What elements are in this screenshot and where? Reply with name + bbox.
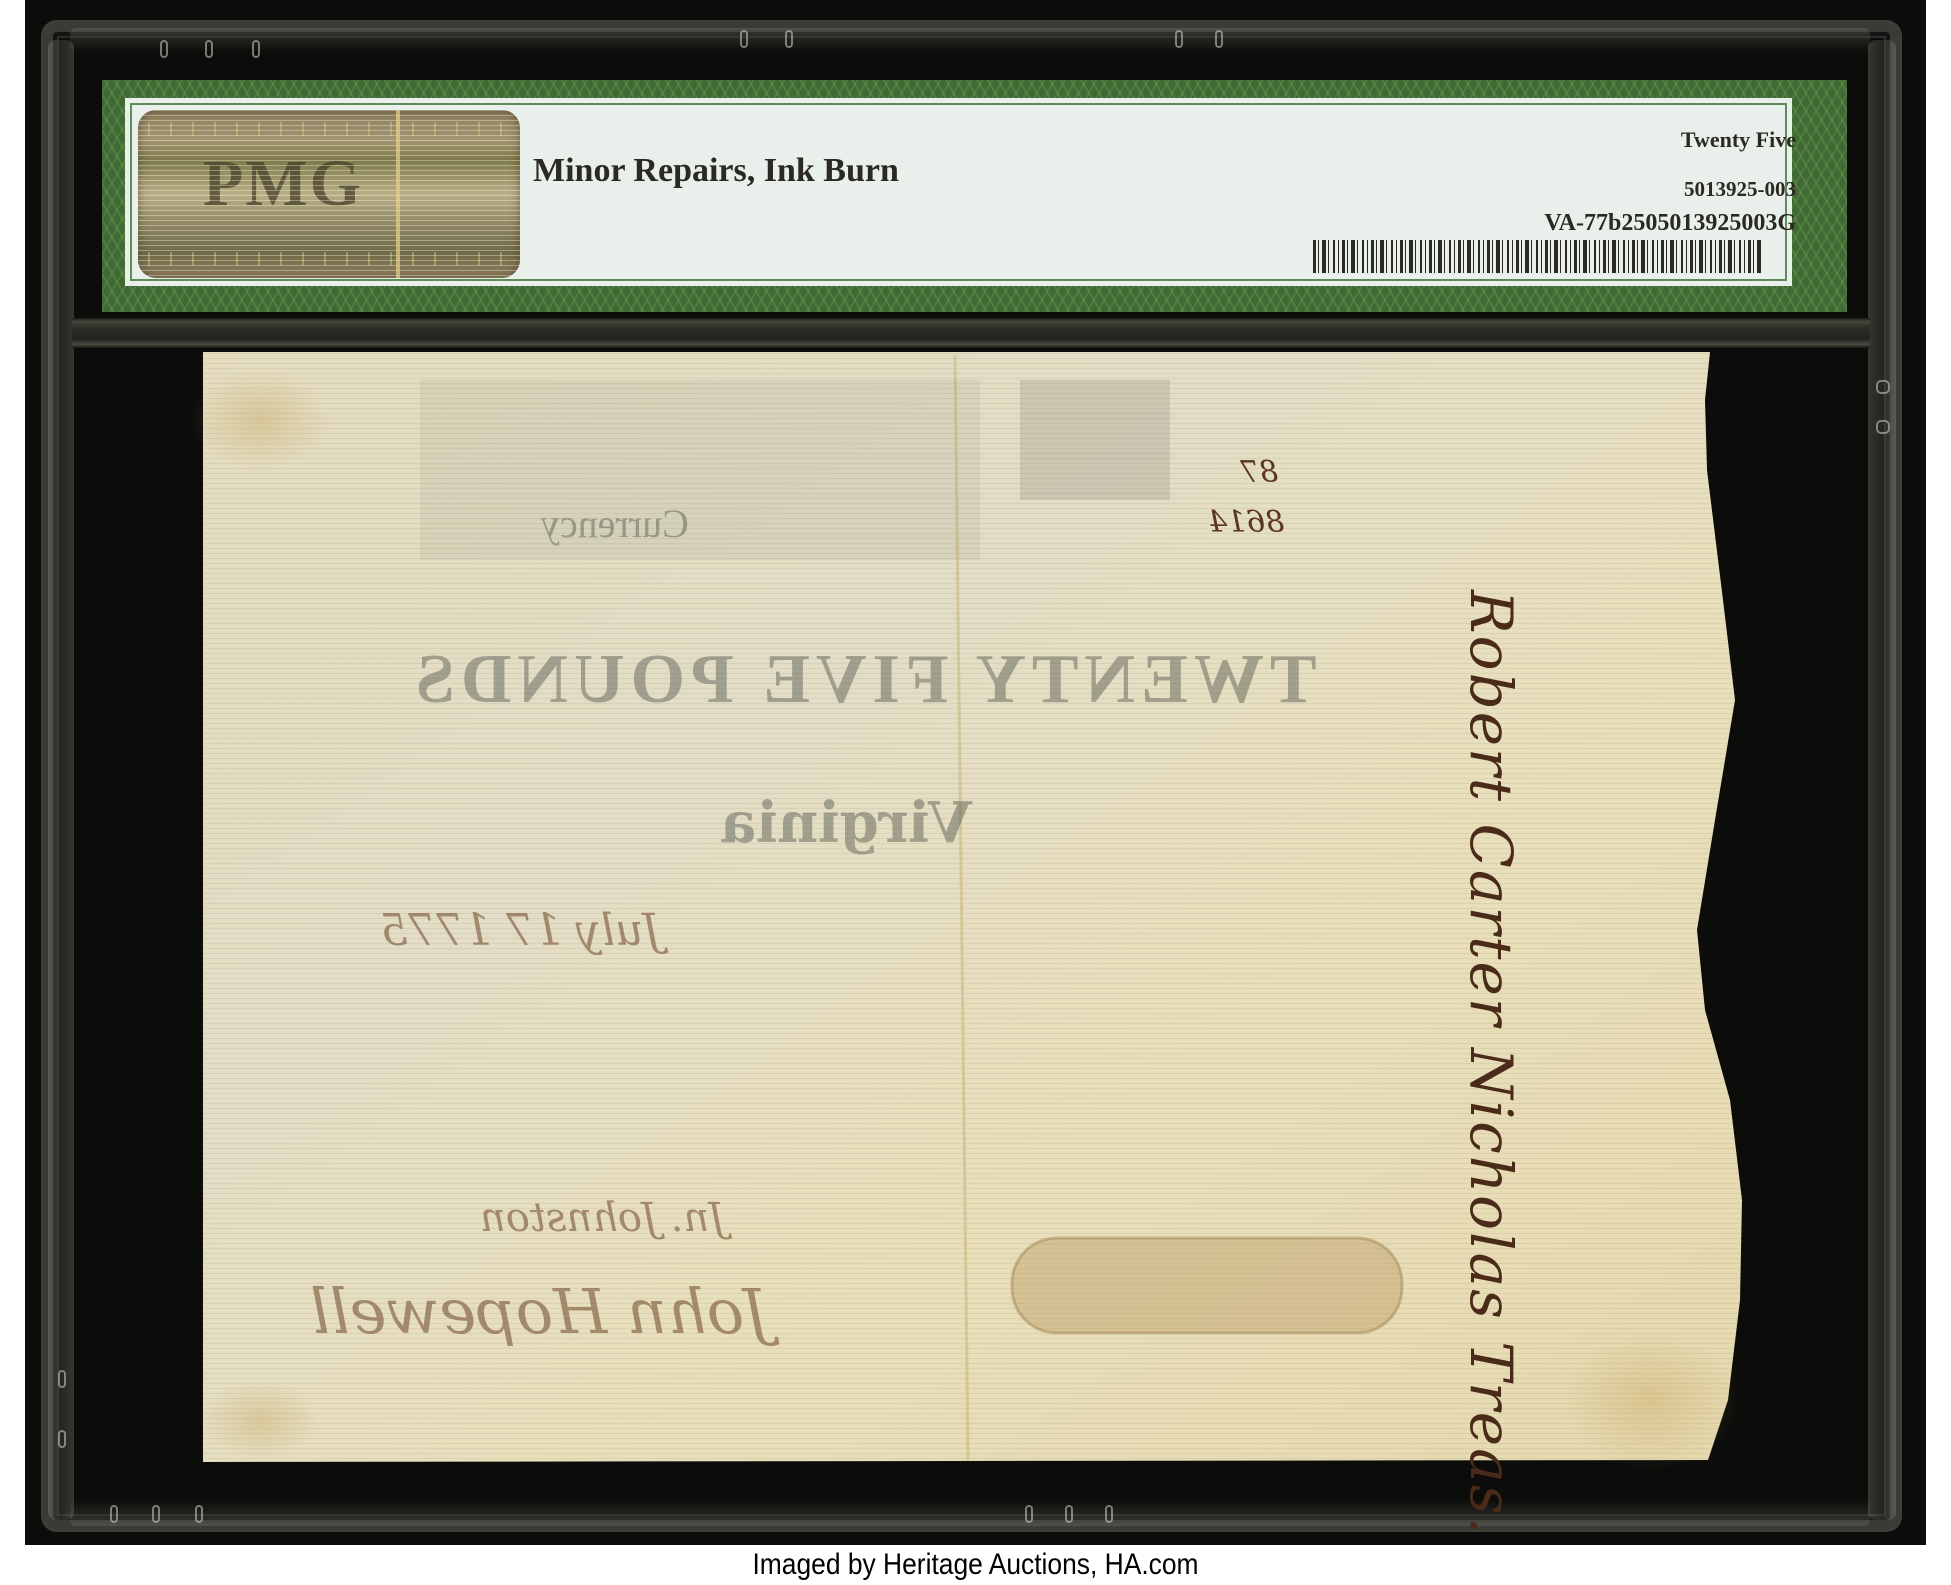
serial-number: 87 (1240, 455, 1278, 490)
show-through-signature: Jn. Johnston (480, 1195, 725, 1241)
image-credit-caption: Imaged by Heritage Auctions, HA.com (117, 1548, 1834, 1582)
treasurer-endorsement: Robert Carter Nicholas Treas. (1457, 590, 1525, 1537)
show-through-state: Virginia (720, 790, 972, 856)
show-through-date: July 17 1775 (380, 905, 661, 956)
show-through-signature: John Hopewell (310, 1275, 769, 1348)
banknote: Currency TWENTY FIVE POUNDS Virginia Jul… (0, 0, 1951, 1585)
serial-number: 8614 (1208, 505, 1284, 540)
note-paper (0, 0, 1951, 1585)
show-through-currency: Currency (540, 500, 689, 547)
show-through-heading: TWENTY FIVE POUNDS (410, 640, 1317, 720)
